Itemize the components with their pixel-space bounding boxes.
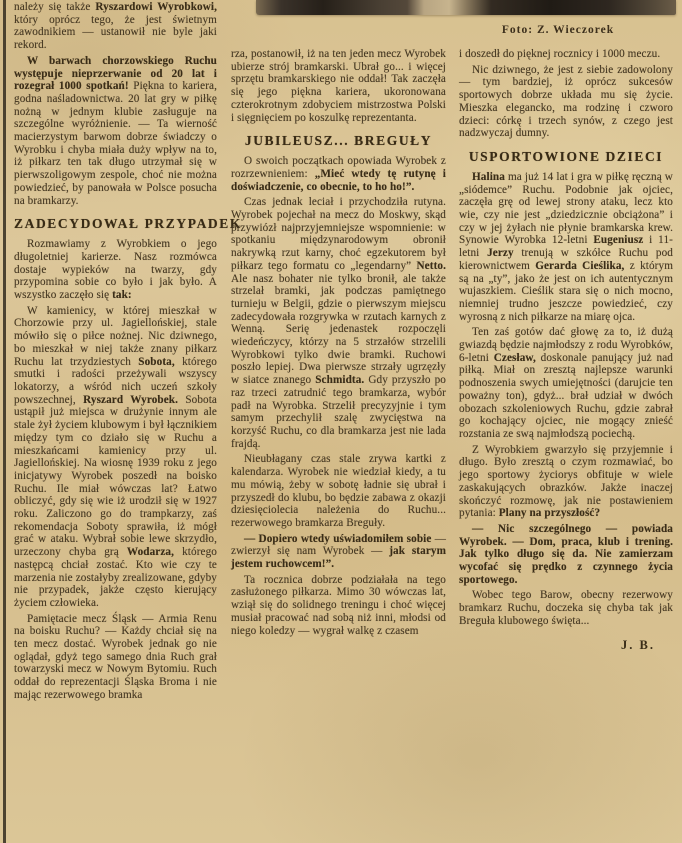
paragraph: należy się także Ryszardowi Wyrobkowi, k… — [14, 1, 217, 52]
paragraph: Rozmawiamy z Wyrobkiem o jego długoletni… — [14, 238, 217, 302]
article-column-1: należy się także Ryszardowi Wyrobkowi, k… — [14, 1, 217, 705]
page-edge-rule — [3, 0, 6, 843]
photo-bottom-edge — [256, 0, 676, 15]
paragraph: Halina ma już 14 lat i gra w piłkę ręczn… — [459, 171, 673, 323]
paragraph: Wobec tego Barow, obecny rezerwowy bramk… — [459, 589, 673, 627]
paragraph: Pamiętacie mecz Śląsk — Armia Renu na bo… — [14, 613, 217, 702]
paragraph: rza, postanowił, iż na ten jeden mecz Wy… — [231, 48, 446, 124]
author-initials: J. B. — [459, 638, 655, 653]
paragraph: Ten zaś gotów dać głowę za to, iż dużą g… — [459, 326, 673, 440]
paragraph: O swoich początkach opowiada Wyrobek z r… — [231, 155, 446, 193]
paragraph: Czas jednak leciał i przychodziła rutyna… — [231, 196, 446, 450]
paragraph: — Nic szczególnego — powiada Wyrobek. — … — [459, 523, 673, 587]
paragraph: Ta rocznica dobrze podziałała na tego za… — [231, 574, 446, 638]
paragraph: Nic dziwnego, że jest z siebie zadowolon… — [459, 64, 673, 140]
paragraph: — Dopiero wtedy uświadomiłem sobie — zwi… — [231, 533, 446, 571]
section-heading: ZADECYDOWAŁ PRZYPADEK — [14, 216, 217, 232]
paragraph: Nieubłagany czas stale zrywa kartki z ka… — [231, 453, 446, 529]
paragraph: W kamienicy, w której mieszkał w Chorzow… — [14, 305, 217, 610]
paragraph: W barwach chorzowskiego Ruchu występuje … — [14, 55, 217, 207]
paragraph: Z Wyrobkiem gwarzyło się przyjemnie i dł… — [459, 444, 673, 520]
paragraph: i doszedł do pięknej rocznicy i 1000 mec… — [459, 48, 673, 61]
photo-caption: Foto: Z. Wieczorek — [458, 24, 658, 36]
section-heading: JUBILEUSZ... BREGUŁY — [231, 133, 446, 149]
article-column-3: i doszedł do pięknej rocznicy i 1000 mec… — [459, 48, 673, 653]
section-heading: USPORTOWIONE DZIECI — [459, 149, 673, 165]
article-column-2: rza, postanowił, iż na ten jeden mecz Wy… — [231, 48, 446, 640]
newspaper-page: { "page": { "photo_caption": "Foto: Z. W… — [0, 0, 682, 843]
